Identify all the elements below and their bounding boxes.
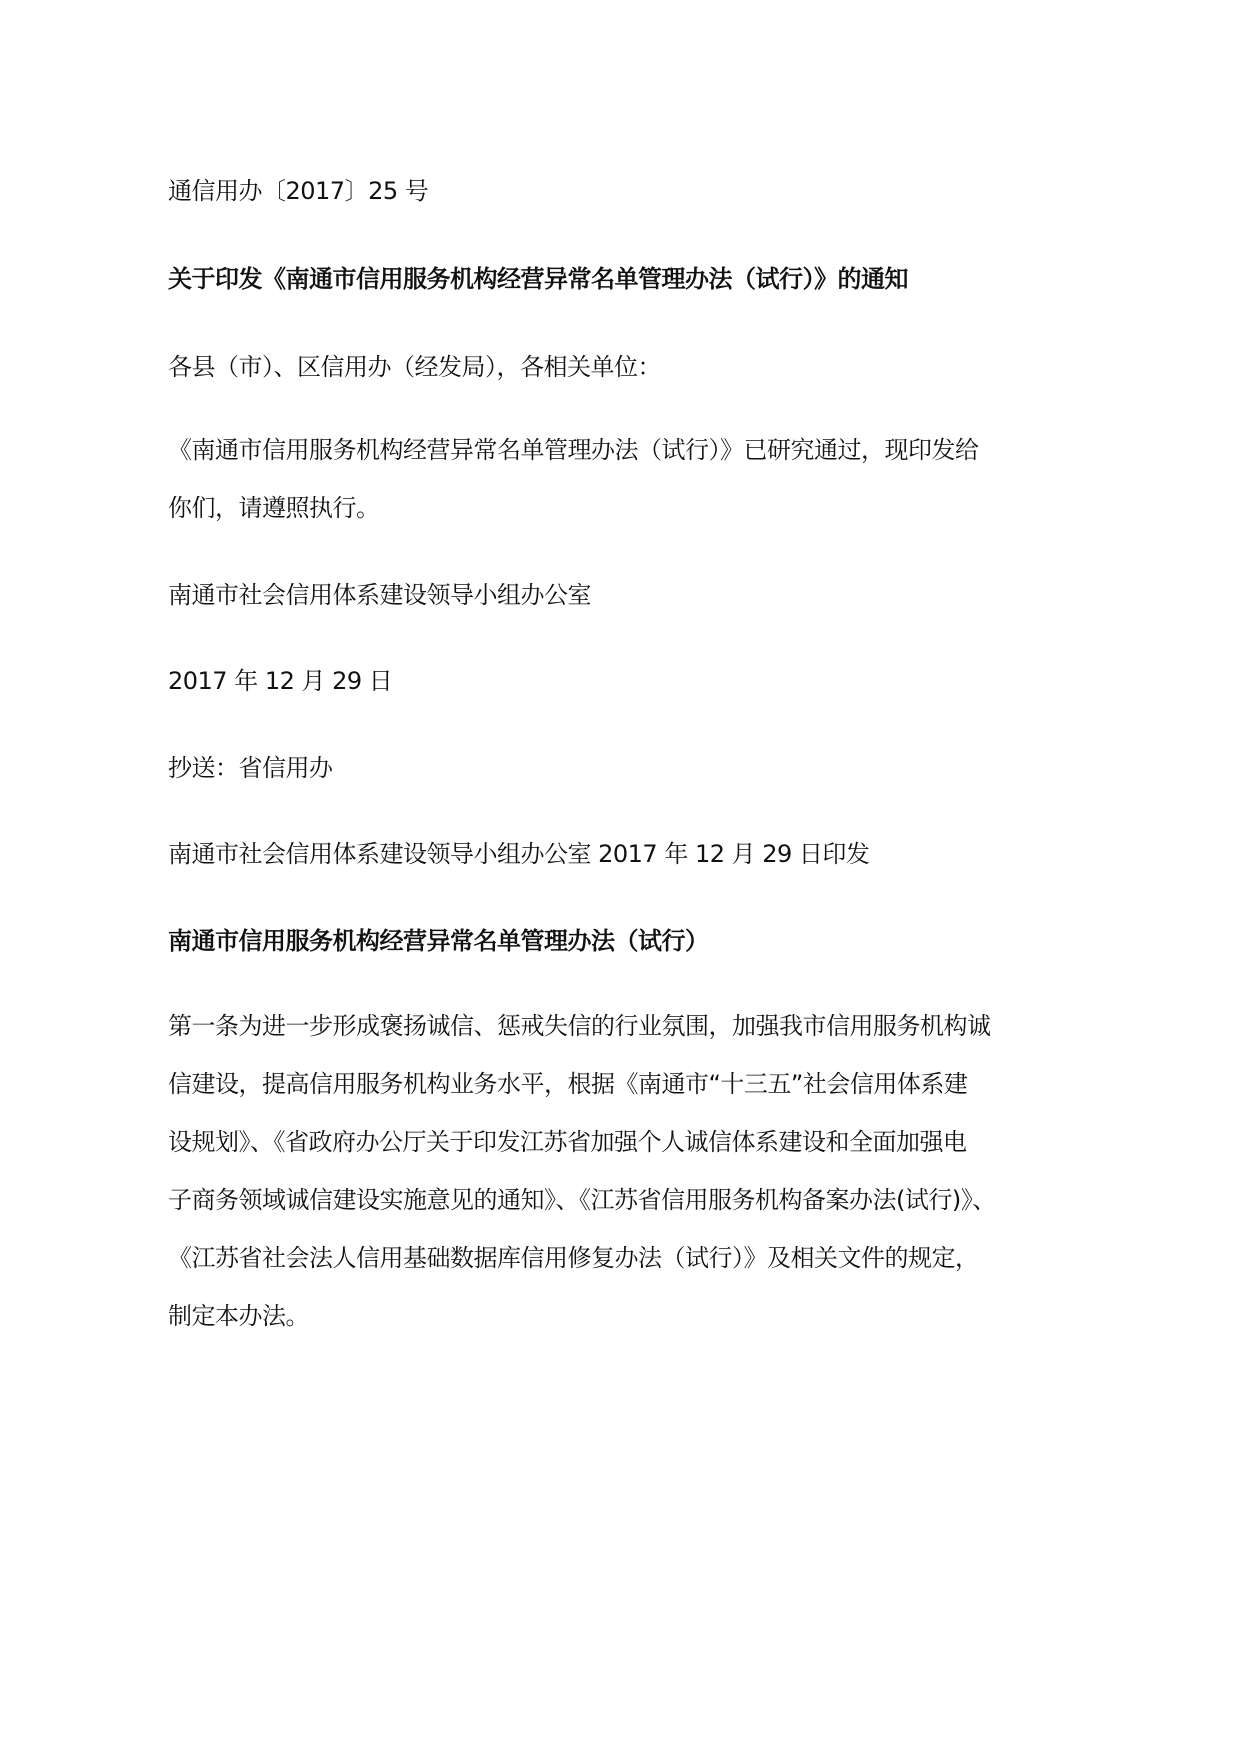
carbon-copy: 抄送：省信用办 [168, 752, 1068, 784]
article-line: 第一条为进一步形成褒扬诚信、惩戒失信的行业氛围，加强我市信用服务机构诚 [168, 997, 948, 1055]
issue-date: 2017 年 12 月 29 日 [168, 665, 1068, 697]
article-line: 子商务领域诚信建设实施意见的通知》、《江苏省信用服务机构备案办法(试行)》、 [168, 1171, 948, 1229]
article-line: 制定本办法。 [168, 1287, 948, 1345]
document-number: 通信用办〔2017〕25 号 [168, 175, 1068, 207]
article-line: 《江苏省社会法人信用基础数据库信用修复办法（试行）》及相关文件的规定， [168, 1229, 948, 1287]
intro-line: 《南通市信用服务机构经营异常名单管理办法（试行）》已研究通过，现印发给 [168, 421, 948, 479]
intro-paragraph: 《南通市信用服务机构经营异常名单管理办法（试行）》已研究通过，现印发给 你们，请… [168, 421, 948, 537]
print-line: 南通市社会信用体系建设领导小组办公室 2017 年 12 月 29 日印发 [168, 838, 1068, 870]
article-1-paragraph: 第一条为进一步形成褒扬诚信、惩戒失信的行业氛围，加强我市信用服务机构诚 信建设，… [168, 997, 948, 1345]
intro-line: 你们，请遵照执行。 [168, 479, 948, 537]
salutation: 各县（市）、区信用办（经发局），各相关单位： [168, 351, 1068, 383]
regulation-title: 南通市信用服务机构经营异常名单管理办法（试行） [168, 925, 1068, 957]
article-line: 设规划》、《省政府办公厅关于印发江苏省加强个人诚信体系建设和全面加强电 [168, 1113, 948, 1171]
document-page: 通信用办〔2017〕25 号 关于印发《南通市信用服务机构经营异常名单管理办法（… [0, 0, 1241, 1754]
issuer: 南通市社会信用体系建设领导小组办公室 [168, 579, 1068, 611]
notice-title: 关于印发《南通市信用服务机构经营异常名单管理办法（试行）》的通知 [168, 263, 1068, 295]
article-line: 信建设，提高信用服务机构业务水平，根据《南通市“十三五”社会信用体系建 [168, 1055, 948, 1113]
